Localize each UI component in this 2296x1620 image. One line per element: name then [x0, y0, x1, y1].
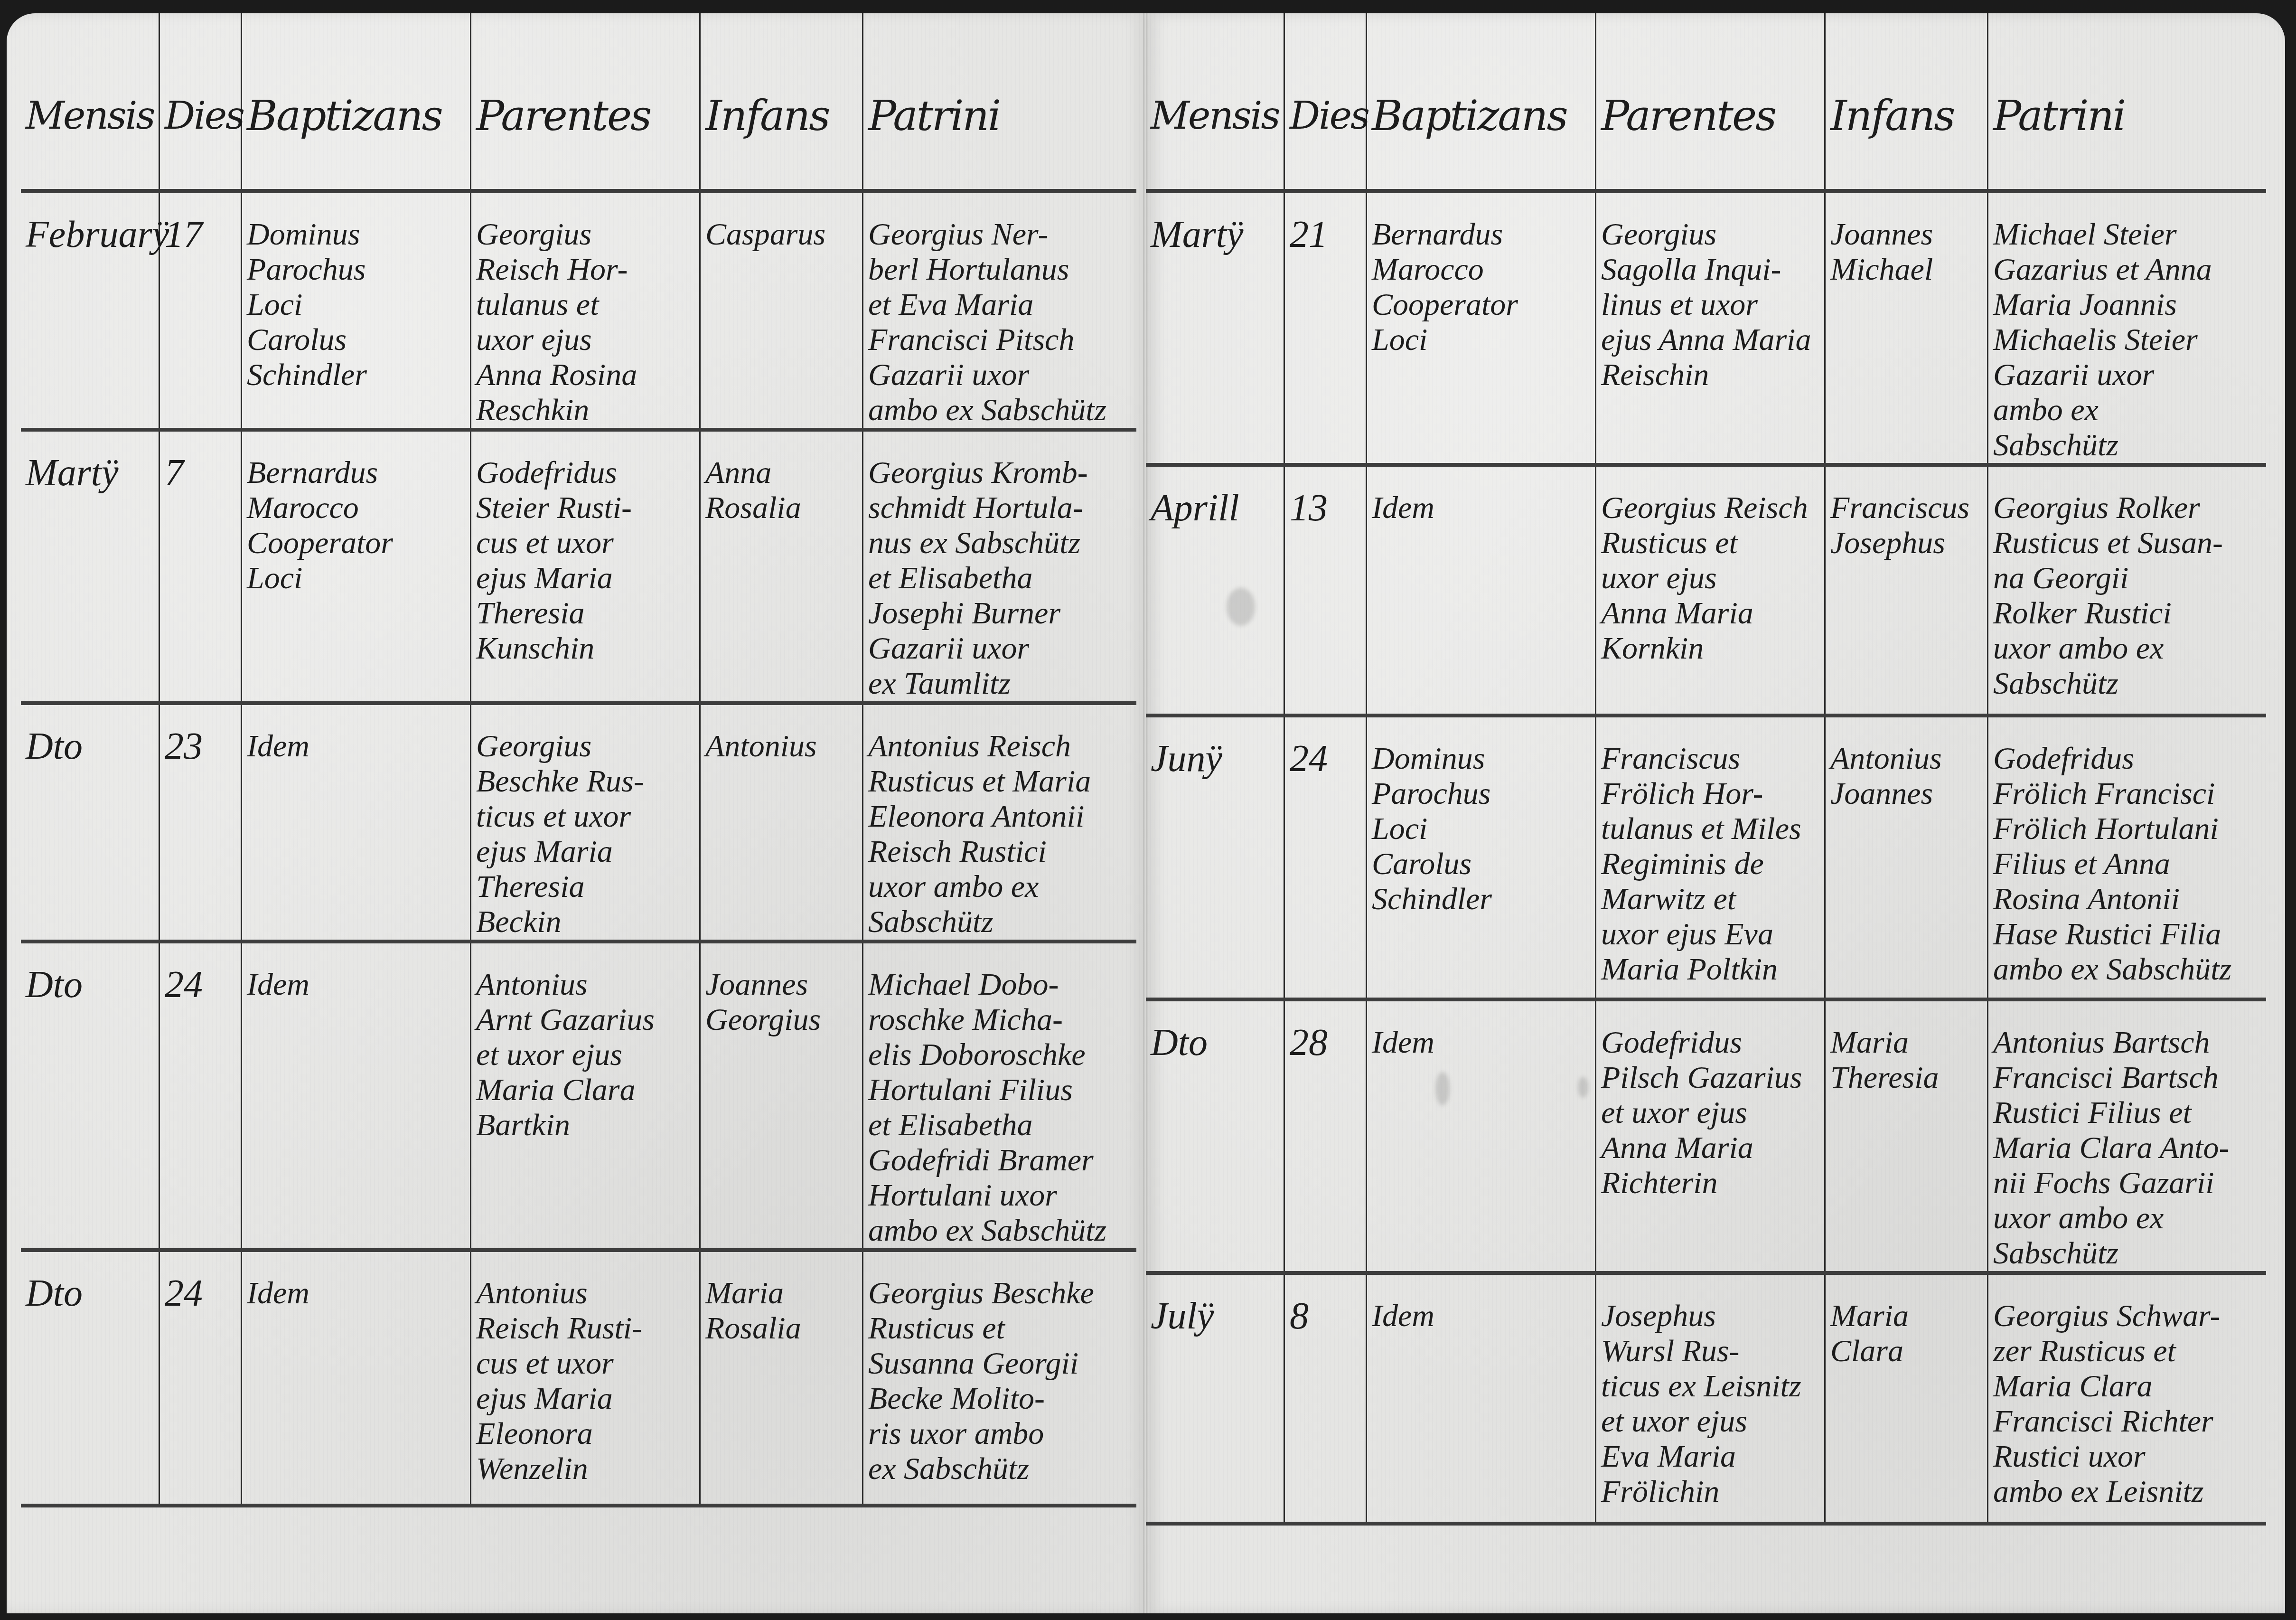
- cell-parentes: Georgius Reisch Rusticus et uxor ejus An…: [1596, 465, 1825, 716]
- table-row: Dto 24 Idem Antonius Arnt Gazarius et ux…: [21, 942, 1136, 1250]
- header-patrini: Patrini: [863, 13, 1137, 191]
- cell-baptizans: Idem: [1367, 465, 1596, 716]
- header-mensis: Mensis: [21, 13, 159, 191]
- cell-baptizans: Bernardus Marocco Cooperator Loci: [242, 430, 471, 703]
- right-page: Mensis Dies Baptizans Parentes Infans Pa…: [1146, 13, 2285, 1613]
- register-spread: Mensis Dies Baptizans Parentes Infans Pa…: [7, 13, 2285, 1613]
- cell-infans: Casparus: [700, 191, 863, 430]
- cell-baptizans: Idem: [242, 1250, 471, 1506]
- cell-parentes: Georgius Reisch Hor- tulanus et uxor eju…: [471, 191, 700, 430]
- cell-baptizans: Idem: [242, 703, 471, 942]
- cell-infans: Maria Rosalia: [700, 1250, 863, 1506]
- header-infans: Infans: [1825, 13, 1988, 191]
- cell-infans: Maria Theresia: [1825, 999, 1988, 1273]
- cell-baptizans: Idem: [1367, 1273, 1596, 1524]
- cell-baptizans: Dominus Parochus Loci Carolus Schindler: [242, 191, 471, 430]
- cell-parentes: Godefridus Pilsch Gazarius et uxor ejus …: [1596, 999, 1825, 1273]
- cell-parentes: Godefridus Steier Rusti- cus et uxor eju…: [471, 430, 700, 703]
- cell-dies: 24: [159, 942, 242, 1250]
- cell-dies: 8: [1284, 1273, 1367, 1524]
- cell-infans: Antonius Joannes: [1825, 716, 1988, 999]
- cell-baptizans: Idem: [242, 942, 471, 1250]
- left-page: Mensis Dies Baptizans Parentes Infans Pa…: [7, 13, 1146, 1613]
- table-row: Julÿ 8 Idem Josephus Wursl Rus- ticus ex…: [1146, 1273, 2266, 1524]
- cell-mensis: Martÿ: [21, 430, 159, 703]
- right-header-row: Mensis Dies Baptizans Parentes Infans Pa…: [1146, 13, 2266, 191]
- header-parentes: Parentes: [471, 13, 700, 191]
- table-row: Februarÿ 17 Dominus Parochus Loci Carolu…: [21, 191, 1136, 430]
- cell-patrini: Georgius Schwar- zer Rusticus et Maria C…: [1988, 1273, 2267, 1524]
- cell-infans: Antonius: [700, 703, 863, 942]
- cell-patrini: Antonius Bartsch Francisci Bartsch Rusti…: [1988, 999, 2267, 1273]
- cell-baptizans: Bernardus Marocco Cooperator Loci: [1367, 191, 1596, 465]
- header-dies: Dies: [1284, 13, 1367, 191]
- cell-mensis: Julÿ: [1146, 1273, 1284, 1524]
- left-header-row: Mensis Dies Baptizans Parentes Infans Pa…: [21, 13, 1136, 191]
- cell-infans: Franciscus Josephus: [1825, 465, 1988, 716]
- table-row: Aprill 13 Idem Georgius Reisch Rusticus …: [1146, 465, 2266, 716]
- cell-patrini: Godefridus Frölich Francisci Frölich Hor…: [1988, 716, 2267, 999]
- table-row: Dto 28 Idem Godefridus Pilsch Gazarius e…: [1146, 999, 2266, 1273]
- cell-patrini: Georgius Ner- berl Hortulanus et Eva Mar…: [863, 191, 1137, 430]
- left-register-table: Mensis Dies Baptizans Parentes Infans Pa…: [21, 13, 1136, 1507]
- ink-blot: [1435, 1072, 1450, 1105]
- cell-mensis: Februarÿ: [21, 191, 159, 430]
- cell-parentes: Antonius Arnt Gazarius et uxor ejus Mari…: [471, 942, 700, 1250]
- header-dies: Dies: [159, 13, 242, 191]
- cell-parentes: Franciscus Frölich Hor- tulanus et Miles…: [1596, 716, 1825, 999]
- cell-patrini: Georgius Beschke Rusticus et Susanna Geo…: [863, 1250, 1137, 1506]
- cell-baptizans: Idem: [1367, 999, 1596, 1273]
- cell-dies: 24: [1284, 716, 1367, 999]
- cell-baptizans: Dominus Parochus Loci Carolus Schindler: [1367, 716, 1596, 999]
- cell-parentes: Josephus Wursl Rus- ticus ex Leisnitz et…: [1596, 1273, 1825, 1524]
- cell-dies: 23: [159, 703, 242, 942]
- cell-mensis: Dto: [21, 1250, 159, 1506]
- ink-blot: [1578, 1077, 1588, 1098]
- cell-mensis: Dto: [1146, 999, 1284, 1273]
- table-row: Junÿ 24 Dominus Parochus Loci Carolus Sc…: [1146, 716, 2266, 999]
- header-parentes: Parentes: [1596, 13, 1825, 191]
- header-mensis: Mensis: [1146, 13, 1284, 191]
- cell-infans: Joannes Georgius: [700, 942, 863, 1250]
- right-register-table: Mensis Dies Baptizans Parentes Infans Pa…: [1146, 13, 2266, 1526]
- header-infans: Infans: [700, 13, 863, 191]
- cell-dies: 7: [159, 430, 242, 703]
- header-baptizans: Baptizans: [1367, 13, 1596, 191]
- table-row: Dto 23 Idem Georgius Beschke Rus- ticus …: [21, 703, 1136, 942]
- cell-patrini: Georgius Kromb- schmidt Hortula- nus ex …: [863, 430, 1137, 703]
- cell-dies: 21: [1284, 191, 1367, 465]
- cell-parentes: Georgius Beschke Rus- ticus et uxor ejus…: [471, 703, 700, 942]
- cell-mensis: Dto: [21, 942, 159, 1250]
- cell-patrini: Georgius Rolker Rusticus et Susan- na Ge…: [1988, 465, 2267, 716]
- cell-mensis: Junÿ: [1146, 716, 1284, 999]
- cell-parentes: Georgius Sagolla Inqui- linus et uxor ej…: [1596, 191, 1825, 465]
- table-row: Martÿ 21 Bernardus Marocco Cooperator Lo…: [1146, 191, 2266, 465]
- cell-mensis: Dto: [21, 703, 159, 942]
- table-row: Dto 24 Idem Antonius Reisch Rusti- cus e…: [21, 1250, 1136, 1506]
- cell-patrini: Michael Dobo- roschke Micha- elis Doboro…: [863, 942, 1137, 1250]
- cell-patrini: Michael Steier Gazarius et Anna Maria Jo…: [1988, 191, 2267, 465]
- cell-infans: Anna Rosalia: [700, 430, 863, 703]
- cell-infans: Maria Clara: [1825, 1273, 1988, 1524]
- table-row: Martÿ 7 Bernardus Marocco Cooperator Loc…: [21, 430, 1136, 703]
- cell-dies: 24: [159, 1250, 242, 1506]
- header-patrini: Patrini: [1988, 13, 2267, 191]
- cell-dies: 13: [1284, 465, 1367, 716]
- cell-mensis: Martÿ: [1146, 191, 1284, 465]
- cell-mensis: Aprill: [1146, 465, 1284, 716]
- cell-patrini: Antonius Reisch Rusticus et Maria Eleono…: [863, 703, 1137, 942]
- header-baptizans: Baptizans: [242, 13, 471, 191]
- bleed-through-stain: [1227, 588, 1255, 626]
- cell-dies: 28: [1284, 999, 1367, 1273]
- cell-infans: Joannes Michael: [1825, 191, 1988, 465]
- cell-parentes: Antonius Reisch Rusti- cus et uxor ejus …: [471, 1250, 700, 1506]
- cell-dies: 17: [159, 191, 242, 430]
